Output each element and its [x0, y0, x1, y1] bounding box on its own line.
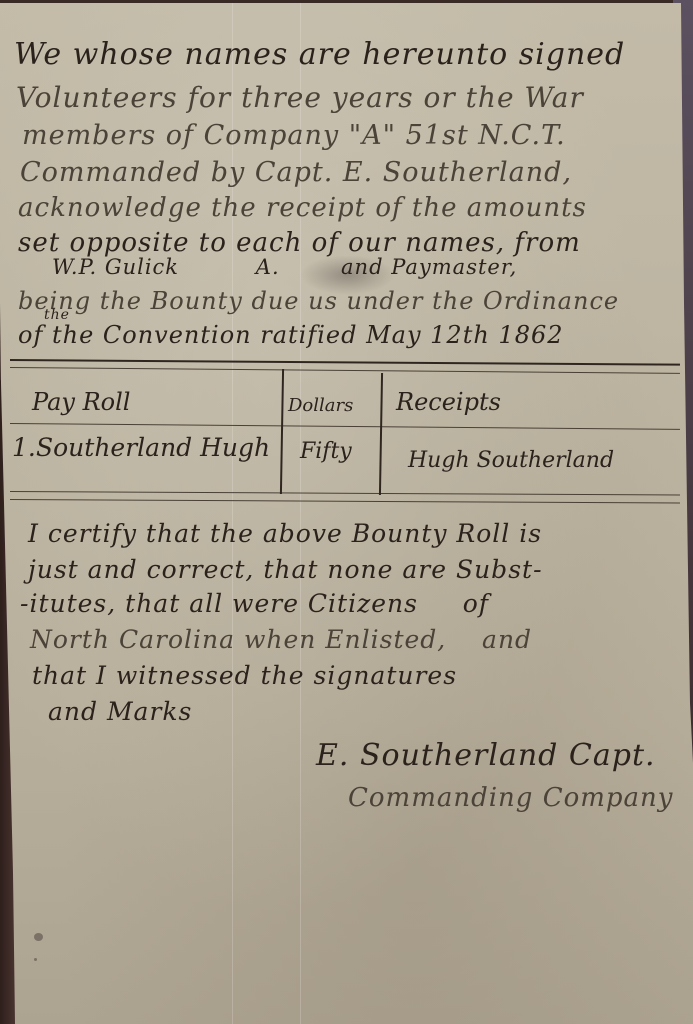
paper-stain — [34, 958, 37, 961]
captain-signature: E. Southerland Capt. — [316, 738, 656, 773]
certification-line-5: that I witnessed the signatures — [32, 661, 457, 690]
preamble-line-9: of the Convention ratified May 12th 1862 — [18, 321, 564, 349]
captain-title: Commanding Company — [348, 783, 674, 813]
table-header-pay-roll: Pay Roll — [32, 388, 130, 416]
document-paper: We whose names are hereunto signed Volun… — [0, 3, 693, 1024]
preamble-line-4: Commanded by Capt. E. Southerland, — [20, 157, 572, 188]
certification-line-6: and Marks — [48, 697, 192, 726]
preamble-line-3: members of Company "A" 51st N.C.T. — [22, 120, 566, 151]
preamble-line-1: We whose names are hereunto signed — [14, 37, 625, 72]
certification-line-4: North Carolina when Enlisted, and — [30, 625, 532, 654]
table-top-rule — [10, 359, 680, 366]
table-row-dollars: Fifty — [300, 439, 352, 464]
table-bottom-rule-inner — [10, 499, 680, 504]
table-header-receipts: Receipts — [396, 388, 501, 416]
preamble-line-2: Volunteers for three years or the War — [16, 81, 584, 114]
paper-stain — [34, 933, 43, 941]
certification-line-1: I certify that the above Bounty Roll is — [28, 519, 542, 548]
table-top-rule-inner — [10, 367, 680, 374]
table-column-divider — [280, 369, 284, 494]
preamble-line-5: acknowledge the receipt of the amounts — [18, 193, 587, 223]
preamble-line-6: set opposite to each of our names, from — [18, 228, 581, 258]
table-row-receipt-signature: Hugh Southerland — [408, 448, 614, 473]
table-row-name: Southerland Hugh — [36, 433, 270, 462]
table-header-dollars: Dollars — [288, 395, 353, 416]
preamble-line-7: W.P. Gulick A. and Paymaster, — [52, 255, 517, 279]
table-column-divider — [379, 373, 383, 495]
table-header-rule — [10, 423, 680, 430]
preamble-line-8: being the Bounty due us under the Ordina… — [18, 287, 619, 315]
certification-line-3: -itutes, that all were Citizens of — [20, 589, 489, 618]
table-bottom-rule — [10, 491, 680, 496]
certification-line-2: just and correct, that none are Subst- — [28, 555, 543, 584]
table-row-number: 1. — [12, 433, 36, 462]
